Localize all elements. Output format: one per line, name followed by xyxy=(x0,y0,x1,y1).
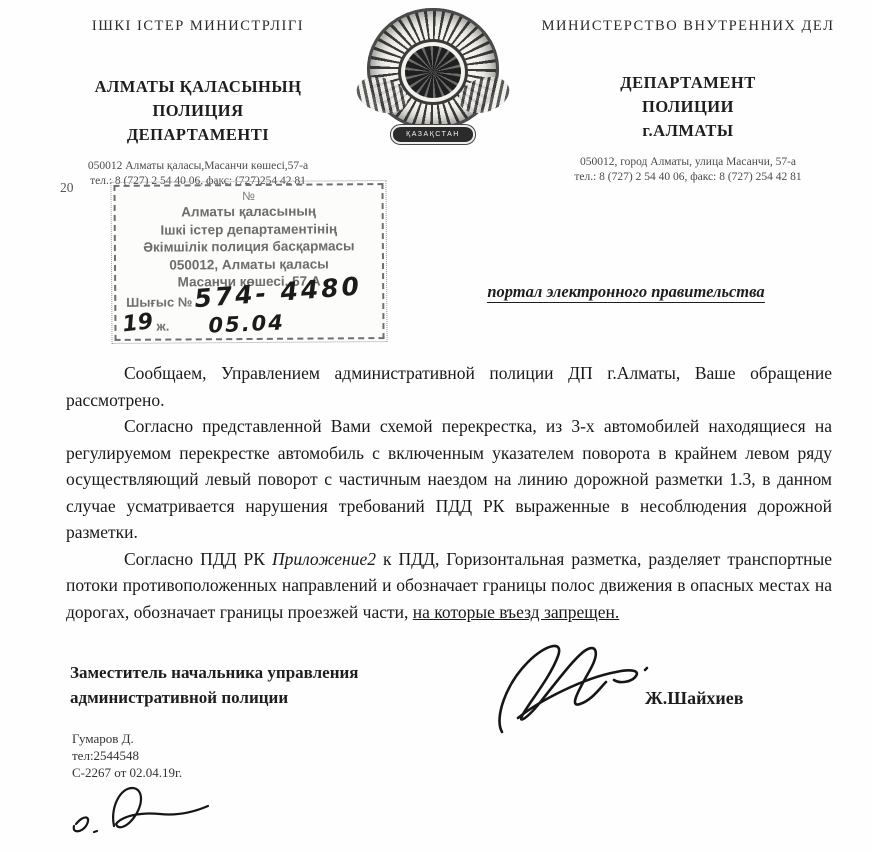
stamp-org-line: Әкімшілік полиция басқармасы xyxy=(116,237,382,256)
registration-stamp: № Алматы қаласының Ішкі істер департамен… xyxy=(113,183,384,341)
ministry-name-kk: ІШКІ ІСТЕР МИНИСТРЛІГІ xyxy=(48,18,348,35)
department-name-ru: ДЕПАРТАМЕНТ ПОЛИЦИИ г.АЛМАТЫ xyxy=(512,71,864,143)
signer-title-line: Заместитель начальника управления xyxy=(70,660,359,685)
department-line: ДЕПАРТАМЕНТІ xyxy=(48,123,348,147)
scanned-letter-page: ІШКІ ІСТЕР МИНИСТРЛІГІ АЛМАТЫ ҚАЛАСЫНЫҢ … xyxy=(0,0,872,852)
department-line: АЛМАТЫ ҚАЛАСЫНЫҢ xyxy=(48,75,348,99)
p3-lead: Согласно ПДД РК xyxy=(124,549,272,569)
address-line: 050012, город Алматы, улица Масанчи, 57-… xyxy=(512,155,864,170)
portal-reference-line: портал электронного правительства xyxy=(428,282,824,302)
emblem-banner: ҚАЗАҚСТАН xyxy=(393,127,473,142)
document-reference: С-2267 от 02.04.19г. xyxy=(72,764,182,781)
kazakhstan-coat-of-arms: ҚАЗАҚСТАН xyxy=(360,6,506,146)
paragraph-1: Сообщаем, Управлением административной п… xyxy=(66,360,832,413)
ministry-name-ru: МИНИСТЕРСТВО ВНУТРЕННИХ ДЕЛ xyxy=(512,18,864,35)
stamp-org-line: 050012, Алматы қаласы xyxy=(116,255,382,274)
p3-underlined-clause: на которые въезд запрещен. xyxy=(413,602,620,622)
signer-title: Заместитель начальника управления админи… xyxy=(70,660,359,710)
letterhead-right: МИНИСТЕРСТВО ВНУТРЕННИХ ДЕЛ ДЕПАРТАМЕНТ … xyxy=(512,18,864,185)
paragraph-2: Согласно представленной Вами схемой пере… xyxy=(66,413,832,546)
p3-appendix-ref: Приложение2 xyxy=(272,549,376,569)
department-line: ПОЛИЦИИ xyxy=(512,95,864,119)
stamp-org-line: Алматы қаласының xyxy=(116,202,382,221)
address-line: тел.: 8 (727) 2 54 40 06, факс: 8 (727) … xyxy=(512,170,864,185)
executor-phone: тел:2544548 xyxy=(72,747,182,764)
stamp-year-suffix: ж. xyxy=(156,319,169,334)
signer-name: Ж.Шайхиев xyxy=(645,688,744,709)
address-ru: 050012, город Алматы, улица Масанчи, 57-… xyxy=(512,155,864,185)
emblem-shanyrak xyxy=(405,46,461,98)
executor-name: Гумаров Д. xyxy=(72,730,182,747)
margin-year: 20 xyxy=(60,180,74,196)
stamp-org-line: Ішкі істер департаментінің xyxy=(116,220,382,239)
portal-reference-text: портал электронного правительства xyxy=(487,282,764,303)
letter-body: Сообщаем, Управлением административной п… xyxy=(66,360,832,625)
department-line: ПОЛИЦИЯ xyxy=(48,99,348,123)
stamp-outgoing-label: Шығыс № xyxy=(126,294,192,309)
department-name-kk: АЛМАТЫ ҚАЛАСЫНЫҢ ПОЛИЦИЯ ДЕПАРТАМЕНТІ xyxy=(48,75,348,147)
letterhead-left: ІШКІ ІСТЕР МИНИСТРЛІГІ АЛМАТЫ ҚАЛАСЫНЫҢ … xyxy=(48,18,348,189)
department-line: ДЕПАРТАМЕНТ xyxy=(512,71,864,95)
address-line: 050012 Алматы қаласы,Масанчи көшесі,57-а xyxy=(48,159,348,174)
paragraph-3: Согласно ПДД РК Приложение2 к ПДД, Гориз… xyxy=(66,546,832,626)
handwritten-year: 19 xyxy=(121,309,154,337)
executor-block: Гумаров Д. тел:2544548 С-2267 от 02.04.1… xyxy=(72,730,182,781)
handwritten-date: 05.04 xyxy=(208,310,285,337)
signer-title-line: административной полиции xyxy=(70,685,359,710)
handwritten-signature xyxy=(488,626,656,738)
handwritten-note xyxy=(56,780,256,846)
department-line: г.АЛМАТЫ xyxy=(512,119,864,143)
